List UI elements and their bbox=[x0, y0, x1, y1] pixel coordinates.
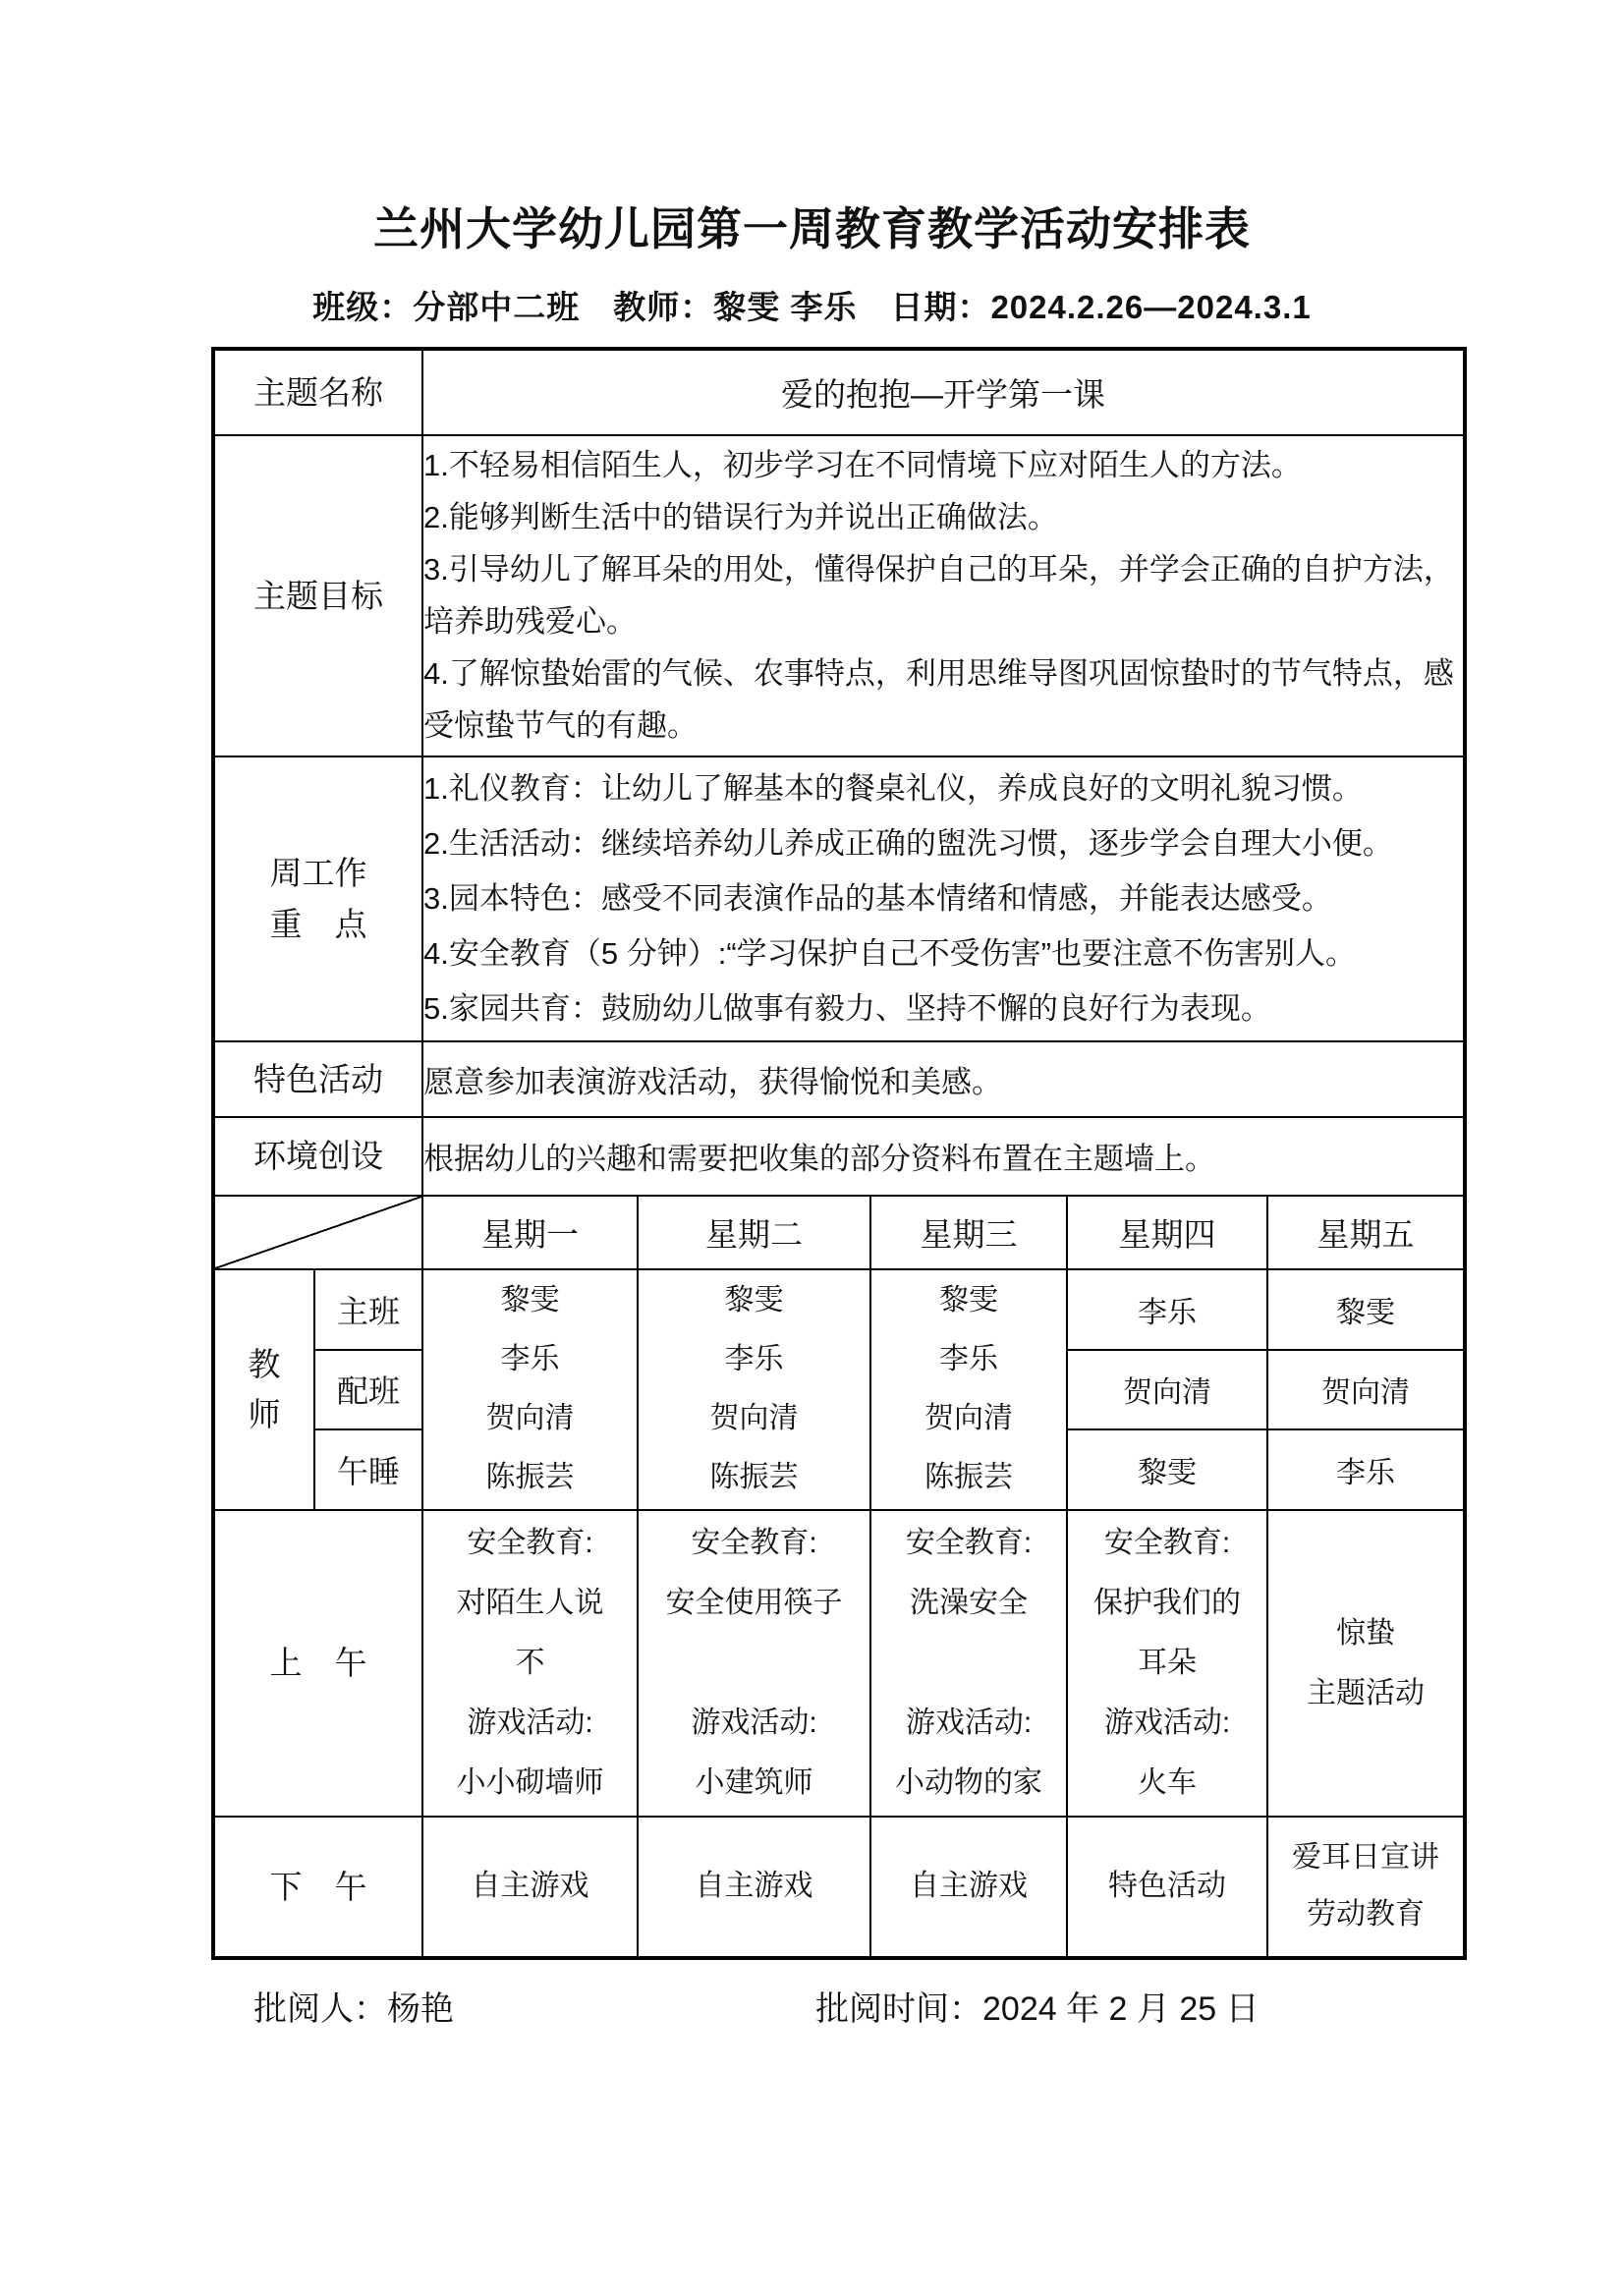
teacher-friday-nap: 李乐 bbox=[1267, 1429, 1465, 1510]
review-time: 批阅时间：2024 年 2 月 25 日 bbox=[815, 1982, 1260, 2030]
row-teachers-main: 教 师 主班 黎雯 李乐 贺向清 陈振芸 黎雯 李乐 贺向清 陈振芸 黎雯 李乐… bbox=[213, 1269, 1465, 1350]
afternoon-wednesday: 自主游戏 bbox=[870, 1817, 1067, 1958]
page-subtitle: 班级：分部中二班 教师：黎雯 李乐 日期：2024.2.26—2024.3.1 bbox=[0, 282, 1624, 328]
weekday-thursday: 星期四 bbox=[1067, 1196, 1267, 1269]
document-page: 兰州大学幼儿园第一周教育教学活动安排表 班级：分部中二班 教师：黎雯 李乐 日期… bbox=[0, 0, 1624, 2296]
reviewer-name: 批阅人：杨艳 bbox=[253, 1982, 454, 2030]
morning-tuesday: 安全教育: 安全使用筷子 游戏活动: 小建筑师 bbox=[638, 1510, 870, 1817]
afternoon-friday: 爱耳日宣讲 劳动教育 bbox=[1267, 1817, 1465, 1958]
afternoon-label: 下 午 bbox=[213, 1817, 422, 1958]
theme-name-value: 爱的抱抱—开学第一课 bbox=[422, 349, 1465, 435]
teachers-wednesday: 黎雯 李乐 贺向清 陈振芸 bbox=[870, 1269, 1067, 1510]
theme-name-label: 主题名称 bbox=[213, 349, 422, 435]
approval-footer: 批阅人：杨艳 批阅时间：2024 年 2 月 25 日 bbox=[0, 1982, 1624, 2025]
teachers-monday: 黎雯 李乐 贺向清 陈振芸 bbox=[422, 1269, 638, 1510]
afternoon-monday: 自主游戏 bbox=[422, 1817, 638, 1958]
environment-value: 根据幼儿的兴趣和需要把收集的部分资料布置在主题墙上。 bbox=[422, 1117, 1465, 1196]
teacher-thursday-assist: 贺向清 bbox=[1067, 1350, 1267, 1429]
teacher-friday-assist: 贺向清 bbox=[1267, 1350, 1465, 1429]
diagonal-header-cell bbox=[213, 1196, 422, 1269]
weekly-schedule-table: 主题名称 爱的抱抱—开学第一课 主题目标 1.不轻易相信陌生人，初步学习在不同情… bbox=[211, 347, 1467, 1960]
role-nap: 午睡 bbox=[314, 1429, 422, 1510]
row-theme-goals: 主题目标 1.不轻易相信陌生人，初步学习在不同情境下应对陌生人的方法。 2.能够… bbox=[213, 435, 1465, 756]
row-weekday-header: 星期一 星期二 星期三 星期四 星期五 bbox=[213, 1196, 1465, 1269]
role-assist: 配班 bbox=[314, 1350, 422, 1429]
week-focus-text: 1.礼仪教育：让幼儿了解基本的餐桌礼仪，养成良好的文明礼貌习惯。 2.生活活动：… bbox=[422, 756, 1465, 1041]
afternoon-tuesday: 自主游戏 bbox=[638, 1817, 870, 1958]
row-environment: 环境创设 根据幼儿的兴趣和需要把收集的部分资料布置在主题墙上。 bbox=[213, 1117, 1465, 1196]
teacher-thursday-main: 李乐 bbox=[1067, 1269, 1267, 1350]
role-main: 主班 bbox=[314, 1269, 422, 1350]
morning-monday: 安全教育: 对陌生人说 不 游戏活动: 小小砌墙师 bbox=[422, 1510, 638, 1817]
row-week-focus: 周工作 重 点 1.礼仪教育：让幼儿了解基本的餐桌礼仪，养成良好的文明礼貌习惯。… bbox=[213, 756, 1465, 1041]
morning-wednesday: 安全教育: 洗澡安全 游戏活动: 小动物的家 bbox=[870, 1510, 1067, 1817]
page-title: 兰州大学幼儿园第一周教育教学活动安排表 bbox=[0, 204, 1624, 254]
week-focus-label: 周工作 重 点 bbox=[213, 756, 422, 1041]
theme-goals-text: 1.不轻易相信陌生人，初步学习在不同情境下应对陌生人的方法。 2.能够判断生活中… bbox=[422, 435, 1465, 756]
morning-label: 上 午 bbox=[213, 1510, 422, 1817]
teacher-friday-main: 黎雯 bbox=[1267, 1269, 1465, 1350]
teachers-tuesday: 黎雯 李乐 贺向清 陈振芸 bbox=[638, 1269, 870, 1510]
weekday-wednesday: 星期三 bbox=[870, 1196, 1067, 1269]
environment-label: 环境创设 bbox=[213, 1117, 422, 1196]
weekday-monday: 星期一 bbox=[422, 1196, 638, 1269]
weekday-tuesday: 星期二 bbox=[638, 1196, 870, 1269]
special-activity-value: 愿意参加表演游戏活动，获得愉悦和美感。 bbox=[422, 1041, 1465, 1117]
row-theme-name: 主题名称 爱的抱抱—开学第一课 bbox=[213, 349, 1465, 435]
morning-thursday: 安全教育: 保护我们的 耳朵 游戏活动: 火车 bbox=[1067, 1510, 1267, 1817]
afternoon-thursday: 特色活动 bbox=[1067, 1817, 1267, 1958]
special-activity-label: 特色活动 bbox=[213, 1041, 422, 1117]
row-afternoon: 下 午 自主游戏 自主游戏 自主游戏 特色活动 爱耳日宣讲 劳动教育 bbox=[213, 1817, 1465, 1958]
teacher-thursday-nap: 黎雯 bbox=[1067, 1429, 1267, 1510]
weekday-friday: 星期五 bbox=[1267, 1196, 1465, 1269]
row-morning: 上 午 安全教育: 对陌生人说 不 游戏活动: 小小砌墙师 安全教育: 安全使用… bbox=[213, 1510, 1465, 1817]
theme-goals-label: 主题目标 bbox=[213, 435, 422, 756]
row-special-activity: 特色活动 愿意参加表演游戏活动，获得愉悦和美感。 bbox=[213, 1041, 1465, 1117]
morning-friday: 惊蛰 主题活动 bbox=[1267, 1510, 1465, 1817]
teachers-label: 教 师 bbox=[213, 1269, 314, 1510]
